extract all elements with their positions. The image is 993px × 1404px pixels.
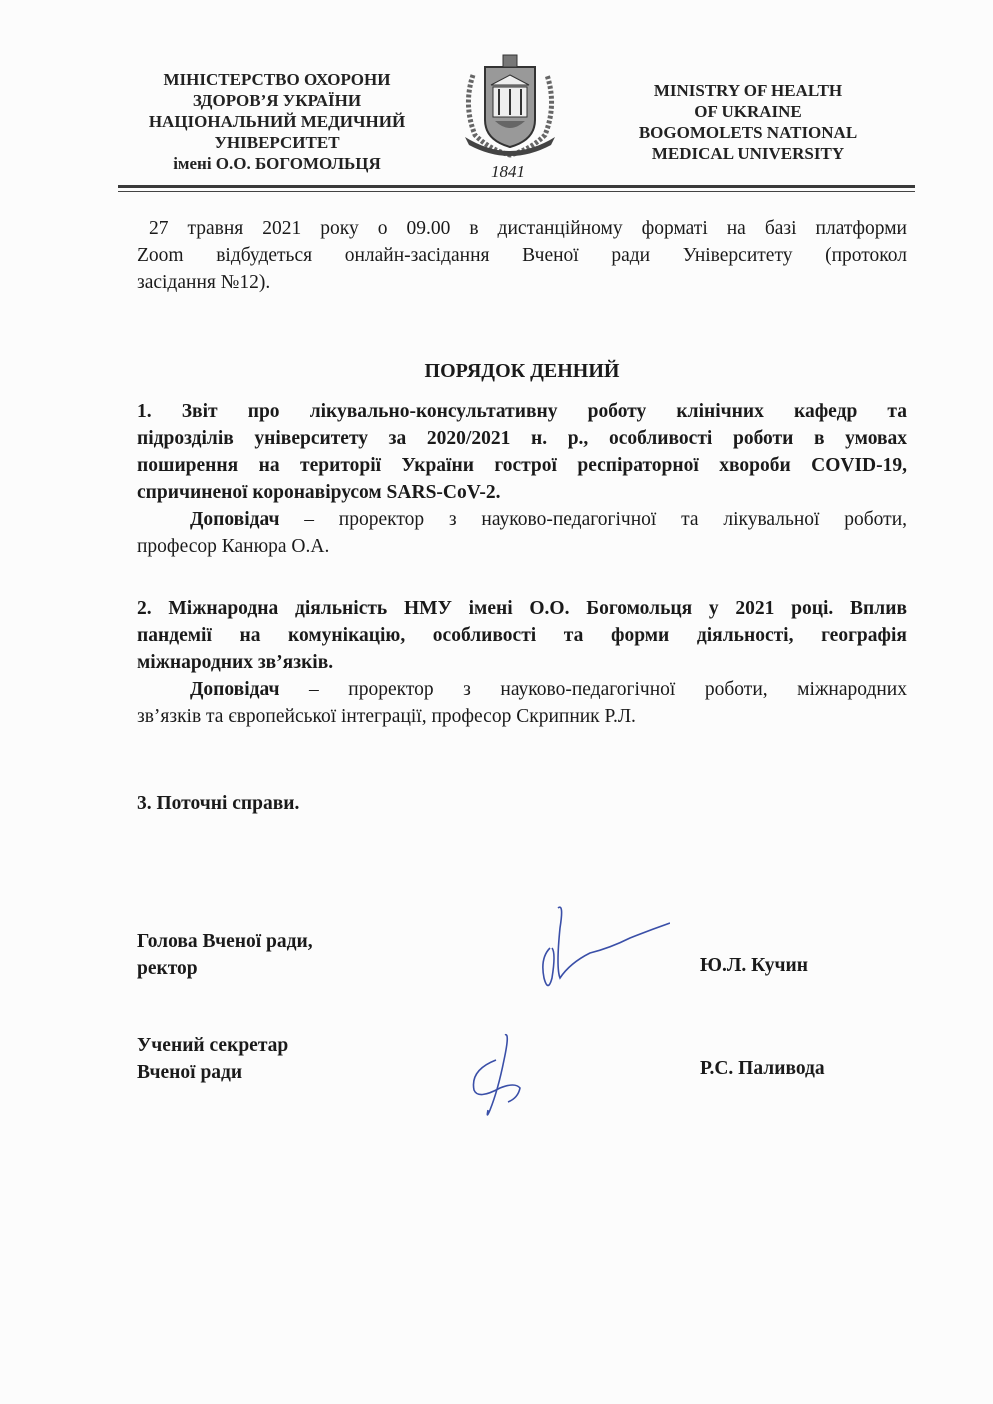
- speaker-text: зв’язків та європейської інтеграції, про…: [137, 703, 907, 730]
- agenda-line: підрозділів університету за 2020/2021 н.…: [137, 425, 907, 452]
- agenda-line: 1. Звіт про лікувально-консультативну ро…: [137, 398, 907, 425]
- header-line: MEDICAL UNIVERSITY: [598, 143, 898, 164]
- header-divider-thick: [118, 185, 915, 188]
- intro-line: 27 травня 2021 року о 09.00 в дистанційн…: [137, 215, 907, 242]
- header-line: імені О.О. БОГОМОЛЬЦЯ: [118, 153, 436, 174]
- header-line: МІНІСТЕРСТВО ОХОРОНИ: [118, 69, 436, 90]
- speaker-label: Доповідач: [190, 679, 279, 700]
- header-line: MINISTRY OF HEALTH: [598, 80, 898, 101]
- agenda-line: 2. Міжнародна діяльність НМУ імені О.О. …: [137, 595, 907, 622]
- header-line: OF UKRAINE: [598, 101, 898, 122]
- speaker-text: – проректор з науково-педагогічної робот…: [279, 679, 907, 700]
- header-ukrainian: МІНІСТЕРСТВО ОХОРОНИ ЗДОРОВ’Я УКРАЇНИ НА…: [118, 69, 436, 174]
- signature-2-icon: [460, 1030, 540, 1130]
- agenda-item-1-speaker: Доповідач – проректор з науково-педагогі…: [137, 506, 907, 560]
- university-coat-of-arms-icon: [455, 45, 565, 163]
- agenda-line: 3. Поточні справи.: [137, 790, 907, 817]
- intro-line: засідання №12).: [137, 269, 907, 296]
- agenda-title: ПОРЯДОК ДЕННИЙ: [137, 360, 907, 383]
- role-line: Голова Вченої ради,: [137, 928, 313, 955]
- agenda-line: пандемії на комунікацію, особливості та …: [137, 622, 907, 649]
- intro-paragraph: 27 травня 2021 року о 09.00 в дистанційн…: [137, 215, 907, 296]
- speaker-text: – проректор з науково-педагогічної та лі…: [279, 509, 907, 530]
- signatory-2-name: Р.С. Паливода: [700, 1058, 825, 1080]
- header-english: MINISTRY OF HEALTH OF UKRAINE BOGOMOLETS…: [598, 80, 898, 164]
- header-line: ЗДОРОВ’Я УКРАЇНИ: [118, 90, 436, 111]
- header-line: УНІВЕРСИТЕТ: [118, 132, 436, 153]
- agenda-item-2-speaker: Доповідач – проректор з науково-педагогі…: [137, 676, 907, 730]
- signatory-1-role: Голова Вченої ради, ректор: [137, 928, 313, 982]
- signature-1-icon: [530, 898, 670, 1003]
- signatory-2-role: Учений секретар Вченої ради: [137, 1032, 288, 1086]
- role-line: Учений секретар: [137, 1032, 288, 1059]
- agenda-line: поширення на території України гострої р…: [137, 452, 907, 479]
- header-line: НАЦІОНАЛЬНИЙ МЕДИЧНИЙ: [118, 111, 436, 132]
- agenda-line: спричиненої коронавірусом SARS-CoV-2.: [137, 479, 907, 506]
- role-line: ректор: [137, 955, 313, 982]
- agenda-item-2-title: 2. Міжнародна діяльність НМУ імені О.О. …: [137, 595, 907, 676]
- agenda-line: міжнародних зв’язків.: [137, 649, 907, 676]
- agenda-item-3-title: 3. Поточні справи.: [137, 790, 907, 817]
- agenda-item-1-title: 1. Звіт про лікувально-консультативну ро…: [137, 398, 907, 506]
- founded-year: 1841: [468, 162, 548, 182]
- header-divider-thin: [118, 191, 915, 192]
- speaker-text: професор Канюра О.А.: [137, 533, 907, 560]
- signatory-1-name: Ю.Л. Кучин: [700, 955, 808, 977]
- header-line: BOGOMOLETS NATIONAL: [598, 122, 898, 143]
- speaker-label: Доповідач: [190, 509, 279, 530]
- intro-line: Zoom відбудеться онлайн-засідання Вченої…: [137, 242, 907, 269]
- role-line: Вченої ради: [137, 1059, 288, 1086]
